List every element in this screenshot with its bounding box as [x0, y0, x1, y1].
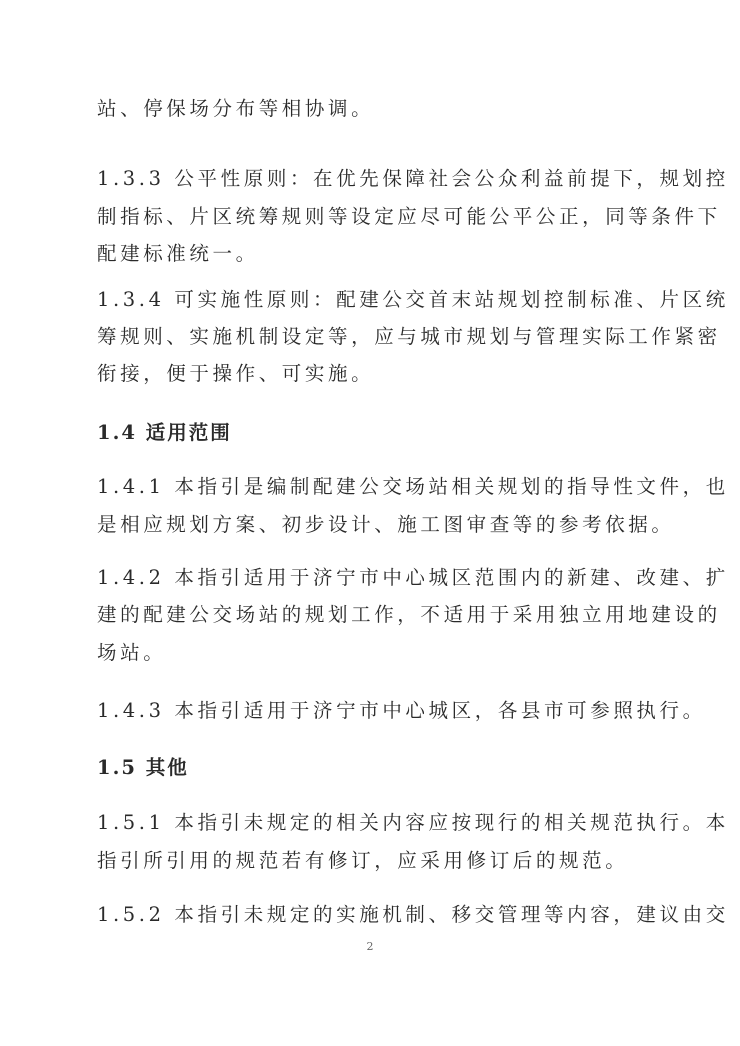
section-heading-1-5: 1.5 其他 [97, 756, 189, 780]
paragraph-line: 指引所引用的规范若有修订，应采用修订后的规范。 [97, 849, 628, 873]
clause-1-3-3: 1.3.3 公平性原则：在优先保障社会公众利益前提下，规划控 [97, 167, 729, 191]
clause-1-4-1: 1.4.1 本指引是编制配建公交场站相关规划的指导性文件，也 [97, 475, 729, 499]
paragraph-line: 是相应规划方案、初步设计、施工图审查等的参考依据。 [97, 513, 675, 537]
clause-1-4-2: 1.4.2 本指引适用于济宁市中心城区范围内的新建、改建、扩 [97, 566, 729, 590]
paragraph-line: 场站。 [97, 641, 166, 665]
paragraph-line: 筹规则、实施机制设定等，应与城市规划与管理实际工作紧密 [97, 325, 721, 349]
paragraph-line: 配建标准统一。 [97, 242, 259, 266]
paragraph-line: 站、停保场分布等相协调。 [97, 97, 374, 121]
paragraph-line: 衔接，便于操作、可实施。 [97, 362, 374, 386]
paragraph-line: 制指标、片区统筹规则等设定应尽可能公平公正，同等条件下 [97, 205, 721, 229]
paragraph-line: 建的配建公交场站的规划工作，不适用于采用独立用地建设的 [97, 603, 721, 627]
section-heading-1-4: 1.4 适用范围 [97, 421, 232, 445]
clause-1-4-3: 1.4.3 本指引适用于济宁市中心城区，各县市可参照执行。 [97, 699, 706, 723]
clause-1-5-1: 1.5.1 本指引未规定的相关内容应按现行的相关规范执行。本 [97, 811, 729, 835]
page-number: 2 [0, 940, 740, 953]
document-page: 站、停保场分布等相协调。 1.3.3 公平性原则：在优先保障社会公众利益前提下，… [0, 0, 740, 1046]
clause-1-5-2: 1.5.2 本指引未规定的实施机制、移交管理等内容，建议由交 [97, 903, 729, 927]
clause-1-3-4: 1.3.4 可实施性原则：配建公交首末站规划控制标准、片区统 [97, 288, 729, 312]
